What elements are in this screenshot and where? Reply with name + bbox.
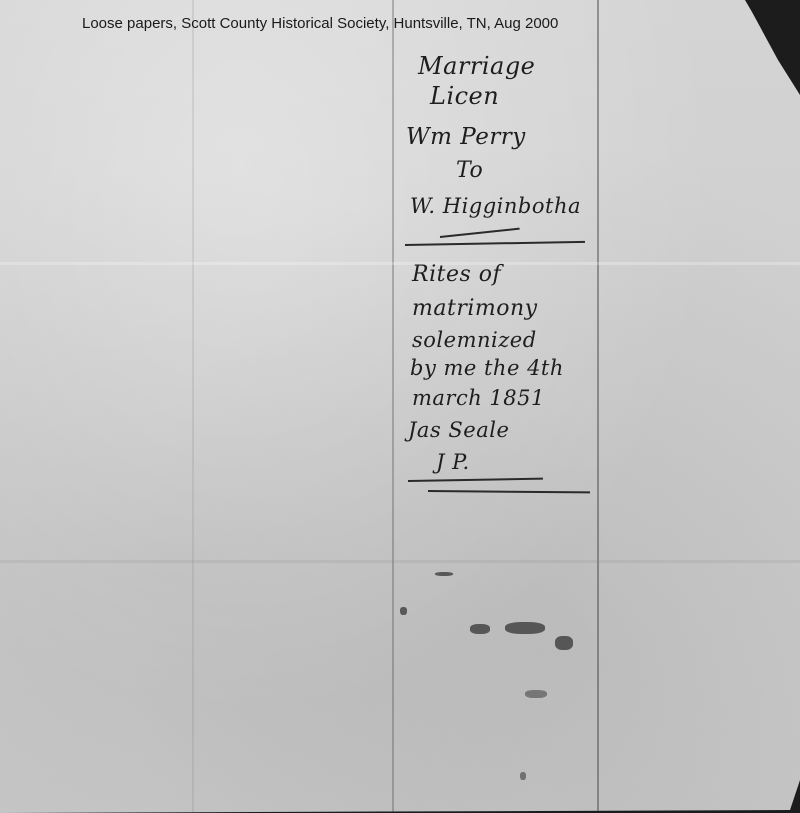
handwriting-line: solemnized [412, 328, 537, 352]
handwriting-line: W. Higginbotha [410, 194, 581, 218]
ink-smudge [555, 636, 573, 650]
horizontal-crease [0, 262, 800, 265]
handwriting-line: Wm Perry [406, 124, 526, 150]
handwriting-line: J P. [436, 450, 470, 474]
underline-rule [405, 241, 585, 246]
ink-smudge [520, 772, 526, 780]
ink-smudge [435, 572, 453, 576]
handwriting-line: Jas Seale [408, 418, 509, 442]
horizontal-crease [0, 560, 800, 563]
ink-smudge [525, 690, 547, 698]
handwriting-line: march 1851 [412, 386, 545, 410]
signature-rule [408, 478, 543, 482]
document-sheet: Loose papers, Scott County Historical So… [0, 0, 800, 813]
handwriting-line: matrimony [412, 296, 538, 321]
ink-smudge [505, 622, 545, 634]
underline-rule [440, 228, 520, 238]
fold-line [597, 0, 599, 813]
archive-caption: Loose papers, Scott County Historical So… [82, 15, 558, 32]
fold-line [392, 0, 394, 813]
handwriting-line: Rites of [412, 262, 501, 287]
fold-line [192, 0, 194, 813]
ink-smudge [470, 624, 490, 634]
handwriting-line: To [456, 158, 483, 183]
signature-rule [428, 490, 590, 493]
handwriting-line: Licen [430, 82, 499, 110]
handwriting-line: Marriage [418, 52, 535, 80]
handwriting-line: by me the 4th [410, 356, 564, 380]
ink-smudge [400, 607, 407, 615]
